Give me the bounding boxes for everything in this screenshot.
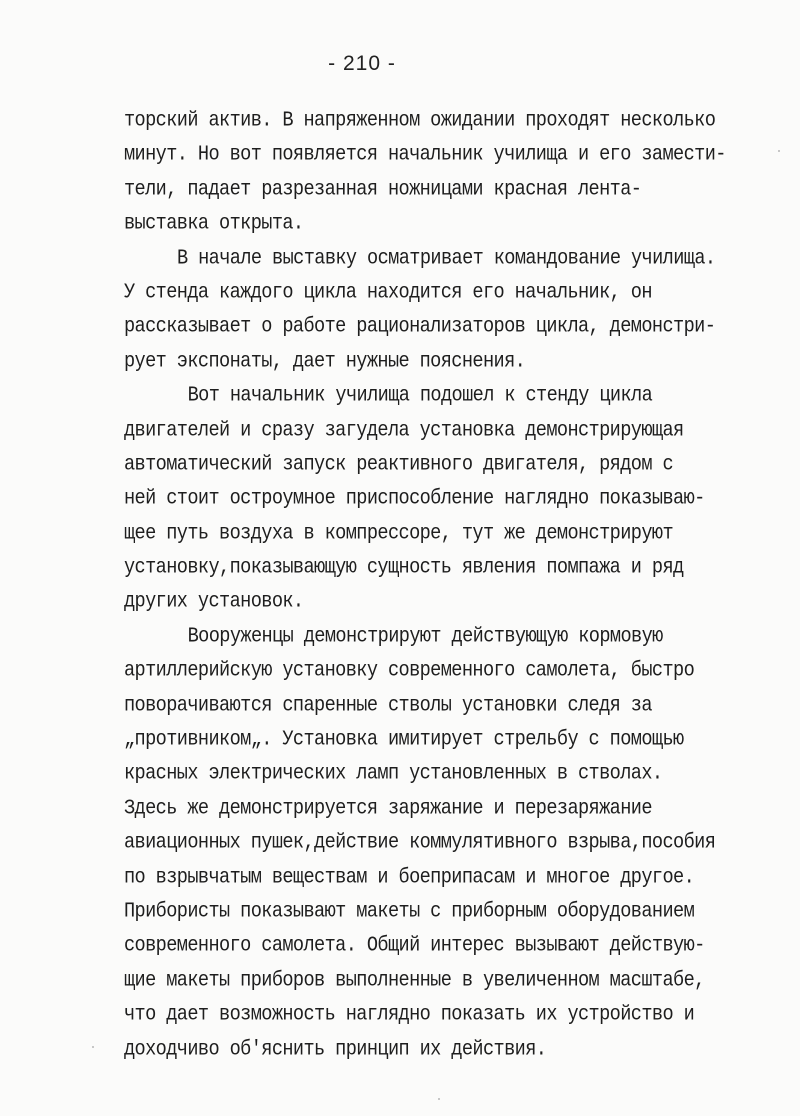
text-line: артиллерийскую установку современного са… — [124, 652, 784, 691]
text-line: выставка открыта. — [124, 205, 784, 244]
text-line: минут. Но вот появляется начальник учили… — [124, 136, 784, 175]
text-line: щее путь воздуха в компрессоре, тут же д… — [124, 515, 784, 554]
typewritten-body-text: торский актив. В напряженном ожидании пр… — [124, 104, 784, 1067]
text-line: что дает возможность наглядно показать и… — [124, 996, 784, 1035]
text-line: Здесь же демонстрируется заряжание и пер… — [124, 790, 784, 829]
text-line: современного самолета. Общий интерес выз… — [124, 927, 784, 966]
page-number: - 210 - — [0, 52, 724, 76]
text-line: Вооруженцы демонстрируют действующую кор… — [124, 618, 784, 657]
scan-speck — [778, 150, 780, 152]
text-line: установку,показывающую сущность явления … — [124, 549, 784, 588]
text-line: поворачиваются спаренные стволы установк… — [124, 687, 784, 726]
text-line: красных электрических ламп установленных… — [124, 755, 784, 794]
text-line: тели, падает разрезанная ножницами красн… — [124, 171, 784, 210]
scan-speck — [92, 1046, 94, 1048]
text-line: других установок. — [124, 583, 784, 622]
text-line: рует экспонаты, дает нужные пояснения. — [124, 343, 784, 382]
text-line: Вот начальник училища подошел к стенду ц… — [124, 377, 784, 416]
text-line: „противником„. Установка имитирует стрел… — [124, 721, 784, 760]
text-line: автоматический запуск реактивного двигат… — [124, 446, 784, 485]
text-line: ней стоит остроумное приспособление нагл… — [124, 480, 784, 519]
text-line: Прибористы показывают макеты с приборным… — [124, 893, 784, 932]
scan-speck — [438, 1098, 440, 1100]
text-line: В начале выставку осматривает командован… — [124, 239, 784, 278]
text-line: щие макеты приборов выполненные в увелич… — [124, 962, 784, 1001]
text-line: авиационных пушек,действие коммулятивног… — [124, 824, 784, 863]
text-line: доходчиво об'яснить принцип их действия. — [124, 1030, 784, 1069]
text-line: У стенда каждого цикла находится его нач… — [124, 274, 784, 313]
text-line: торский актив. В напряженном ожидании пр… — [124, 102, 784, 141]
text-line: рассказывает о работе рационализаторов ц… — [124, 308, 784, 347]
text-line: по взрывчатым веществам и боеприпасам и … — [124, 859, 784, 898]
text-line: двигателей и сразу загудела установка де… — [124, 411, 784, 450]
